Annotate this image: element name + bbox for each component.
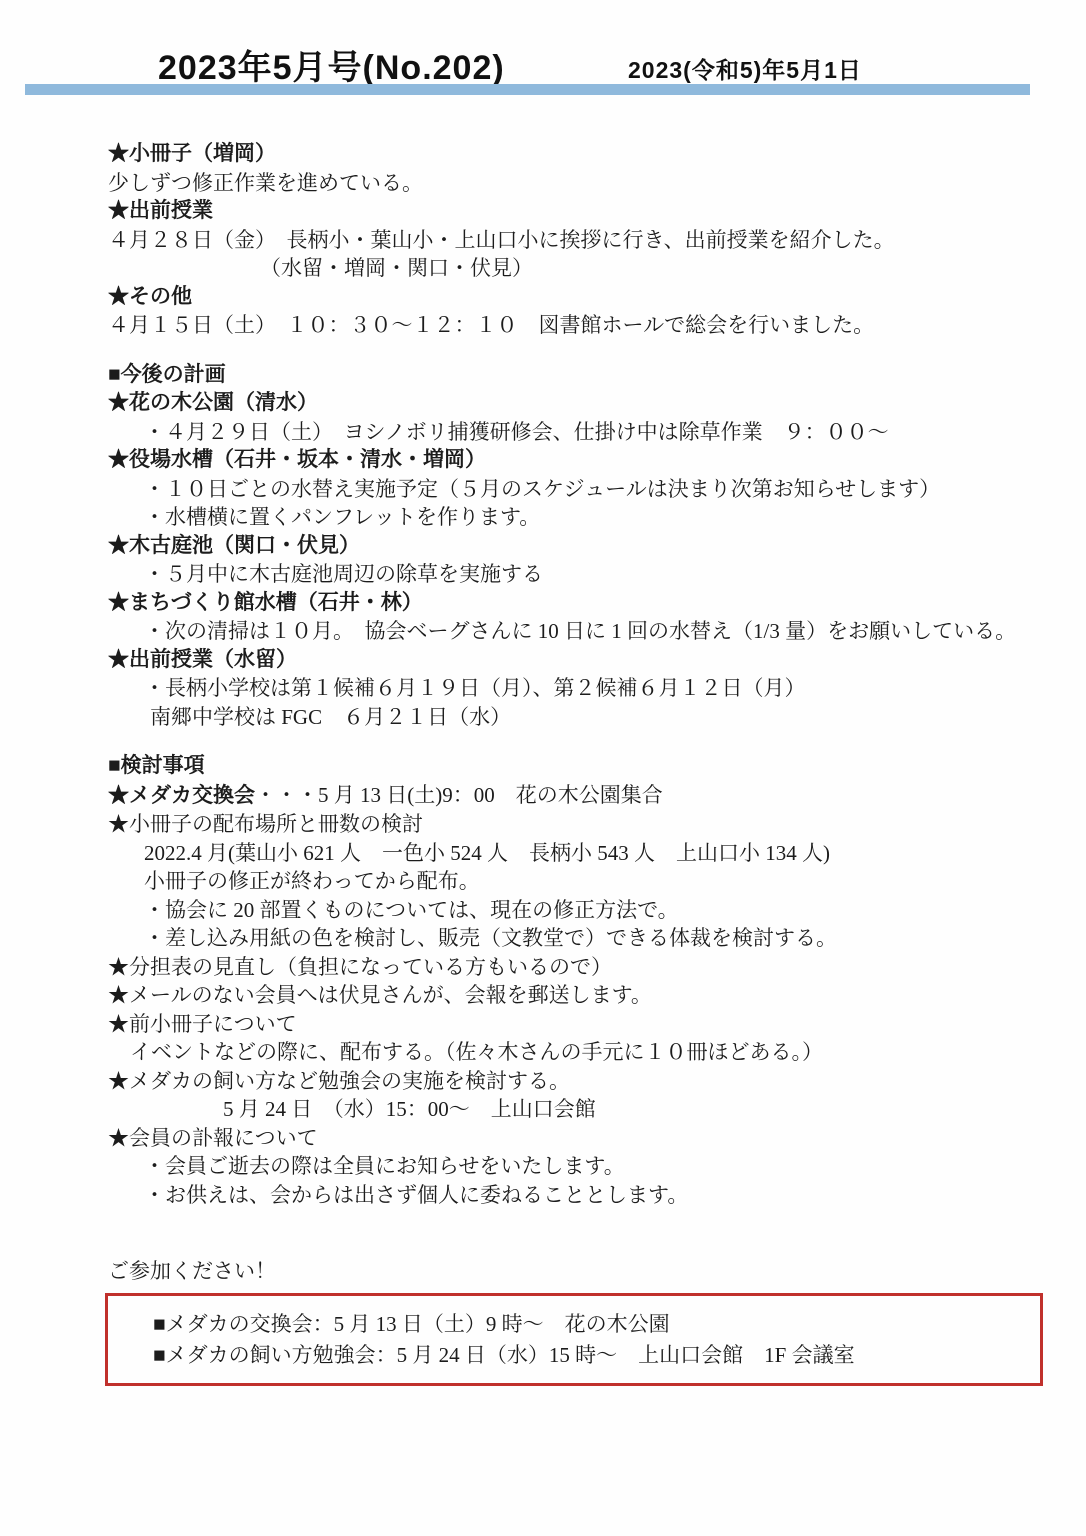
document-line: 南郷中学校は FGC ６月２１日（水） bbox=[150, 703, 1038, 732]
document-line: ★その他 bbox=[108, 283, 1038, 312]
newsletter-page: 2023年5月号(No.202) 2023(令和5)年5月1日 ★小冊子（増岡）… bbox=[0, 0, 1086, 1536]
document-line: ★小冊子の配布場所と冊数の検討 bbox=[108, 810, 1038, 839]
document-line: 2022.4 月(葉山小 621 人 一色小 524 人 長柄小 543 人 上… bbox=[144, 839, 1038, 868]
document-line: ４月２８日（金） 長柄小・葉山小・上山口小に挨拶に行き、出前授業を紹介した。 bbox=[108, 226, 1038, 255]
document-line: ・長柄小学校は第１候補６月１９日（月）、第２候補６月１２日（月） bbox=[144, 674, 1038, 703]
document-line: ★メダカの飼い方など勉強会の実施を検討する。 bbox=[108, 1067, 1038, 1096]
document-line: 小冊子の修正が終わってから配布。 bbox=[144, 867, 1038, 896]
newsletter-issue-title: 2023年5月号(No.202) bbox=[158, 40, 505, 89]
document-line: ・会員ご逝去の際は全員にお知らせをいたします。 bbox=[144, 1152, 1038, 1181]
document-line: ■今後の計画 bbox=[108, 361, 1038, 390]
document-line: ・差し込み用紙の色を検討し、販売（文教堂で）できる体裁を検討する。 bbox=[144, 924, 1038, 953]
document-line: 少しずつ修正作業を進めている。 bbox=[108, 169, 1038, 198]
document-line: （水留・増岡・関口・伏見） bbox=[260, 254, 1038, 283]
header-divider-bar bbox=[25, 84, 1030, 95]
document-line: ★まちづくり館水槽（石井・林） bbox=[108, 589, 1038, 618]
document-line: ★役場水槽（石井・坂本・清水・増岡） bbox=[108, 446, 1038, 475]
line-segment-bold: ★メダカ交換会 bbox=[108, 784, 255, 807]
document-line: ・次の清掃は１０月。 協会ベーグさんに 10 日に 1 回の水替え（1/3 量）… bbox=[144, 617, 1038, 646]
document-line: ★出前授業 bbox=[108, 197, 1038, 226]
document-line: ★木古庭池（関口・伏見） bbox=[108, 532, 1038, 561]
announcement-line: ■メダカの飼い方勉強会：5 月 24 日（水）15 時～ 上山口会館 1F 会議… bbox=[153, 1340, 1030, 1371]
document-line: ★メールのない会員へは伏見さんが、会報を郵送します。 bbox=[108, 981, 1038, 1010]
document-line: ★出前授業（水留） bbox=[108, 646, 1038, 675]
newsletter-date: 2023(令和5)年5月1日 bbox=[628, 52, 862, 85]
document-line: ４月１５日（土） １０：３０～１２：１０ 図書館ホールで総会を行いました。 bbox=[108, 311, 1038, 340]
document-line: 5 月 24 日 （水）15：00～ 上山口会館 bbox=[223, 1095, 1038, 1124]
document-line: ・５月中に木古庭池周辺の除草を実施する bbox=[144, 560, 1038, 589]
document-line: ・４月２９日（土） ヨシノボリ捕獲研修会、仕掛け中は除草作業 ９：００～ bbox=[144, 418, 1038, 447]
announcement-line: ■メダカの交換会：5 月 13 日（土）9 時～ 花の木公園 bbox=[153, 1309, 1030, 1340]
document-line: ・１０日ごとの水替え実施予定（５月のスケジュールは決まり次第お知らせします） bbox=[144, 475, 1038, 504]
document-line: ★花の木公園（清水） bbox=[108, 389, 1038, 418]
document-line: ★分担表の見直し（負担になっている方もいるので） bbox=[108, 953, 1038, 982]
document-line: ・水槽横に置くパンフレットを作ります。 bbox=[144, 503, 1038, 532]
document-line: ★会員の訃報について bbox=[108, 1124, 1038, 1153]
document-line: イベントなどの際に、配布する。（佐々木さんの手元に１０冊ほどある。） bbox=[130, 1038, 1038, 1067]
document-line: ★メダカ交換会・・・5 月 13 日(土)9：00 花の木公園集合 bbox=[108, 781, 1038, 811]
announcement-box: ■メダカの交換会：5 月 13 日（土）9 時～ 花の木公園■メダカの飼い方勉強… bbox=[105, 1293, 1043, 1386]
line-segment: ・・・5 月 13 日(土)9：00 花の木公園集合 bbox=[255, 783, 663, 807]
document-line: ■検討事項 bbox=[108, 752, 1038, 781]
document-line: ・協会に 20 部置くものについては、現在の修正方法で。 bbox=[144, 896, 1038, 925]
document-body: ★小冊子（増岡）少しずつ修正作業を進めている。★出前授業４月２８日（金） 長柄小… bbox=[108, 140, 1038, 1209]
invitation-text: ご参加ください！ bbox=[108, 1255, 276, 1285]
document-line: ★小冊子（増岡） bbox=[108, 140, 1038, 169]
document-line: ★前小冊子について bbox=[108, 1010, 1038, 1039]
document-line: ・お供えは、会からは出さず個人に委ねることとします。 bbox=[144, 1181, 1038, 1210]
